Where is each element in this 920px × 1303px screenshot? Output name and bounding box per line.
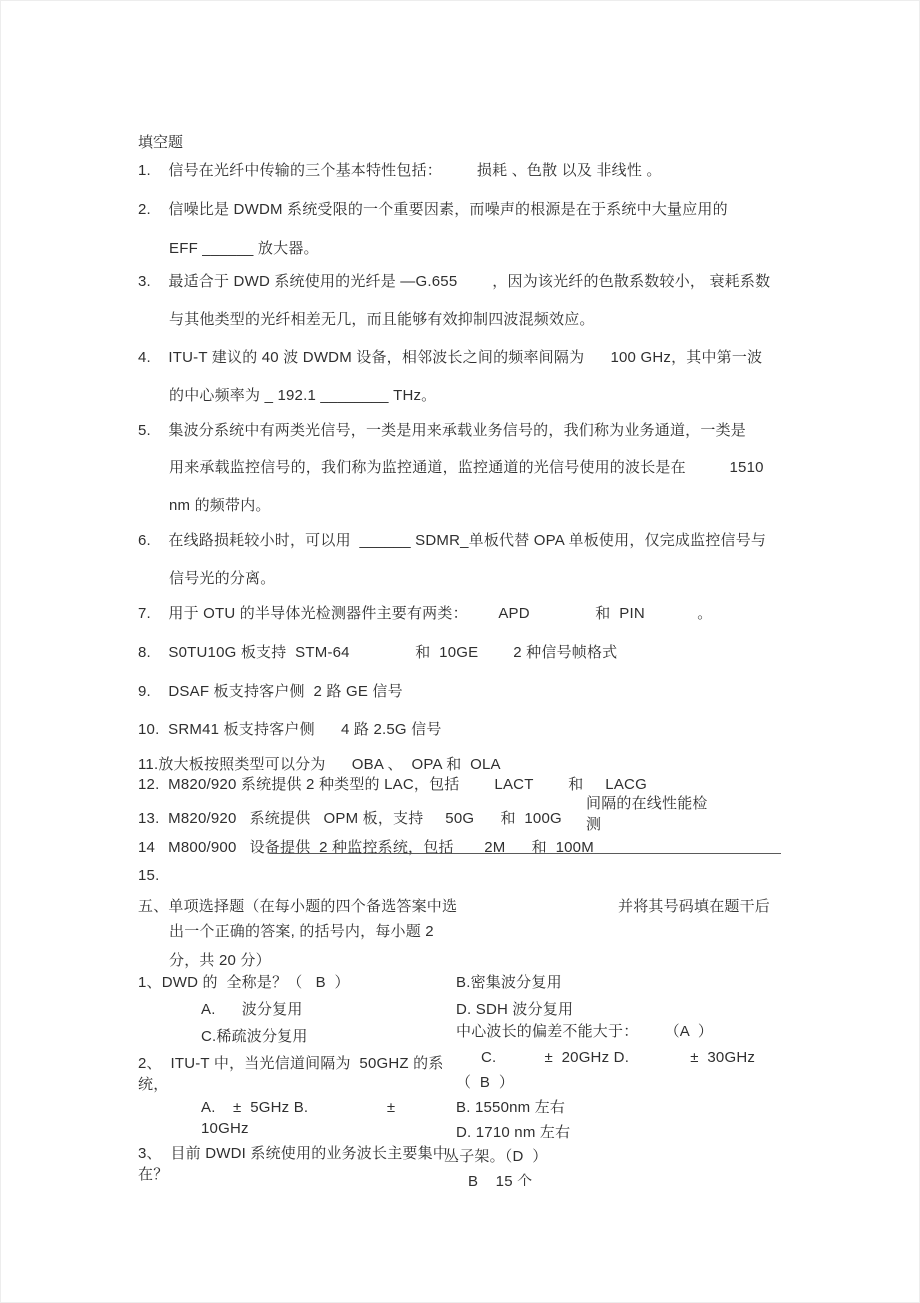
document-line: 测 bbox=[586, 816, 601, 833]
document-line: 4. ITU-T 建议的 40 波 DWDM 设备，相邻波长之间的频率间隔为 1… bbox=[138, 349, 762, 366]
answer-underline-rule bbox=[269, 853, 781, 854]
document-line: 10GHz bbox=[201, 1120, 249, 1137]
document-line: 2、 ITU-T 中，当光信道间隔为 50GHZ 的系 bbox=[138, 1055, 444, 1072]
document-line: D. SDH 波分复用 bbox=[456, 1001, 573, 1018]
document-line: 11.放大板按照类型可以分为 OBA 、 OPA 和 OLA bbox=[138, 756, 501, 773]
document-line: D. 1710 nm 左右 bbox=[456, 1124, 570, 1141]
document-line: B.密集波分复用 bbox=[456, 974, 562, 991]
document-line: 的中心频率为 _ 192.1 ________ THz。 bbox=[169, 387, 436, 404]
document-title: 填空题 bbox=[138, 131, 183, 152]
document-line: 丛子架。（D ） bbox=[444, 1148, 547, 1165]
document-line: 3. 最适合于 DWD 系统使用的光纤是 —G.655 ，因为该光纤的色散系数较… bbox=[138, 273, 770, 290]
document-line: C.稀疏波分复用 bbox=[201, 1028, 308, 1045]
document-line: 10. SRM41 板支持客户侧 4 路 2.5G 信号 bbox=[138, 721, 442, 738]
document-line: 五、单项选择题（在每小题的四个备选答案中选 bbox=[138, 898, 457, 915]
document-line: 8. S0TU10G 板支持 STM-64 和 10GE 2 种信号帧格式 bbox=[138, 644, 617, 661]
document-line: 与其他类型的光纤相差无几，而且能够有效抑制四波混频效应。 bbox=[169, 311, 595, 328]
document-line: 5. 集波分系统中有两类光信号，一类是用来承载业务信号的，我们称为业务通道，一类… bbox=[138, 422, 746, 439]
document-line: （ B ） bbox=[456, 1074, 514, 1091]
document-line: C. ± 20GHz D. ± 30GHz bbox=[481, 1049, 755, 1066]
document-page: 填空题 1. 信号在光纤中传输的三个基本特性包括： 损耗 、色散 以及 非线性 … bbox=[0, 0, 920, 1303]
document-line: 在？ bbox=[138, 1166, 168, 1183]
document-line: 分，共 20 分） bbox=[169, 952, 271, 969]
document-line: 12. M820/920 系统提供 2 种类型的 LAC，包括 LACT 和 L… bbox=[138, 776, 647, 793]
document-line: 6. 在线路损耗较小时，可以用 ______ SDMR_单板代替 OPA 单板使… bbox=[138, 532, 766, 549]
document-line: 2. 信噪比是 DWDM 系统受限的一个重要因素，而噪声的根源是在于系统中大量应… bbox=[138, 201, 728, 218]
document-line: EFF ______ 放大器。 bbox=[169, 240, 319, 257]
document-line: 15. bbox=[138, 867, 159, 884]
document-line: nm 的频带内。 bbox=[169, 497, 271, 514]
document-line: A. 波分复用 bbox=[201, 1001, 303, 1018]
document-line: B. 1550nm 左右 bbox=[456, 1099, 565, 1116]
document-line: 13. M820/920 系统提供 OPM 板，支持 50G 和 100G bbox=[138, 810, 562, 827]
document-line: 7. 用于 OTU 的半导体光检测器件主要有两类： APD 和 PIN 。 bbox=[138, 605, 712, 622]
document-line: 9. DSAF 板支持客户侧 2 路 GE 信号 bbox=[138, 683, 403, 700]
document-line: A. ± 5GHz B. ± bbox=[201, 1099, 395, 1116]
document-line: 中心波长的偏差不能大于： （A ） bbox=[456, 1023, 713, 1040]
document-line: 1. 信号在光纤中传输的三个基本特性包括： 损耗 、色散 以及 非线性 。 bbox=[138, 162, 662, 179]
document-line: B 15 个 bbox=[468, 1173, 532, 1186]
document-line: 统， bbox=[138, 1076, 168, 1093]
document-line: 用来承载监控信号的，我们称为监控通道，监控通道的光信号使用的波长是在 1510 bbox=[169, 459, 764, 476]
document-line: 出一个正确的答案, 的括号内，每小题 2 bbox=[169, 923, 434, 940]
document-line: 信号光的分离。 bbox=[169, 570, 275, 587]
document-line: 3、 目前 DWDI 系统使用的业务波长主要集中 bbox=[138, 1145, 448, 1162]
document-line: 1、DWD 的 全称是？（ B ） bbox=[138, 974, 350, 991]
document-line: 间隔的在线性能检 bbox=[586, 795, 708, 812]
document-line: 并将其号码填在题干后 bbox=[618, 898, 770, 915]
